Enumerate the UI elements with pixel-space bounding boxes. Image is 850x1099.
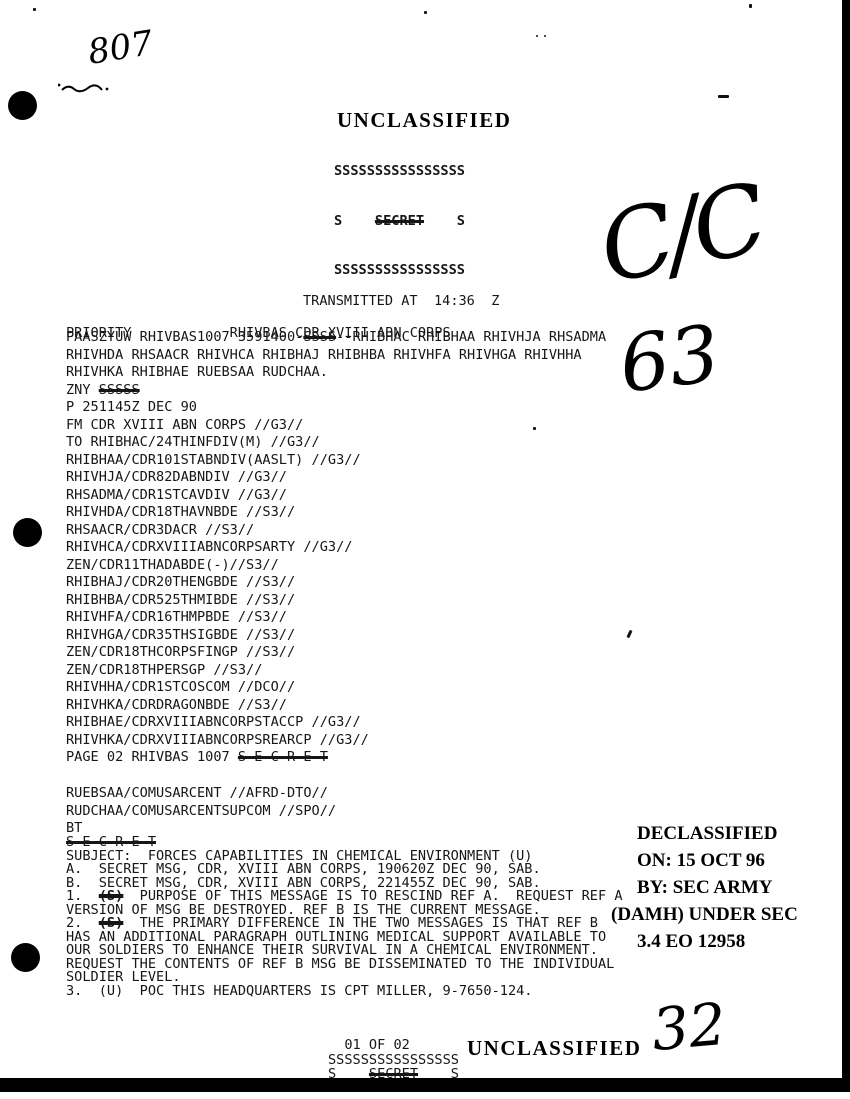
handwritten-top-left-number: 807	[85, 23, 155, 73]
scan-speck	[533, 427, 536, 430]
message-body: S E C R E TSUBJECT: FORCES CAPABILITIES …	[66, 836, 623, 998]
scan-speck	[536, 35, 538, 37]
hole-punch-bottom	[11, 943, 40, 972]
message-routing: PAASZYUW RHIVBAS1007 3591400-SSSS--RHIBH…	[66, 329, 606, 767]
unclassified-banner-top: UNCLASSIFIED	[337, 108, 511, 133]
footer-page-count-banner: 01 OF 02SSSSSSSSSSSSSSSSS SECRET S	[328, 1038, 459, 1082]
scan-speck	[544, 35, 546, 37]
handwritten-circulation-mark: C/C	[590, 162, 771, 305]
hole-punch-top	[8, 91, 37, 120]
scan-speck	[749, 4, 752, 8]
scan-edge-right	[842, 0, 850, 1092]
scan-speck	[626, 630, 632, 639]
scan-speck	[33, 8, 36, 11]
page2-addressees: RUEBSAA/COMUSARCENT //AFRD-DTO//RUDCHAA/…	[66, 785, 336, 838]
unclassified-banner-bottom: UNCLASSIFIED	[467, 1036, 641, 1061]
struck-secret-row: S SECRET S	[334, 213, 465, 231]
squiggle-mark	[58, 80, 110, 98]
scanned-message-page: UNCLASSIFIED SSSSSSSSSSSSSSSS S SECRET S…	[0, 0, 850, 1099]
scan-speck	[424, 11, 427, 14]
handwritten-bottom-right-number: 32	[649, 990, 728, 1064]
scan-speck	[718, 95, 729, 98]
hole-punch-middle	[13, 518, 42, 547]
handwritten-section-number: 63	[615, 309, 724, 410]
declassification-stamp: DECLASSIFIEDON: 15 OCT 96BY: SEC ARMY(DA…	[637, 820, 798, 955]
